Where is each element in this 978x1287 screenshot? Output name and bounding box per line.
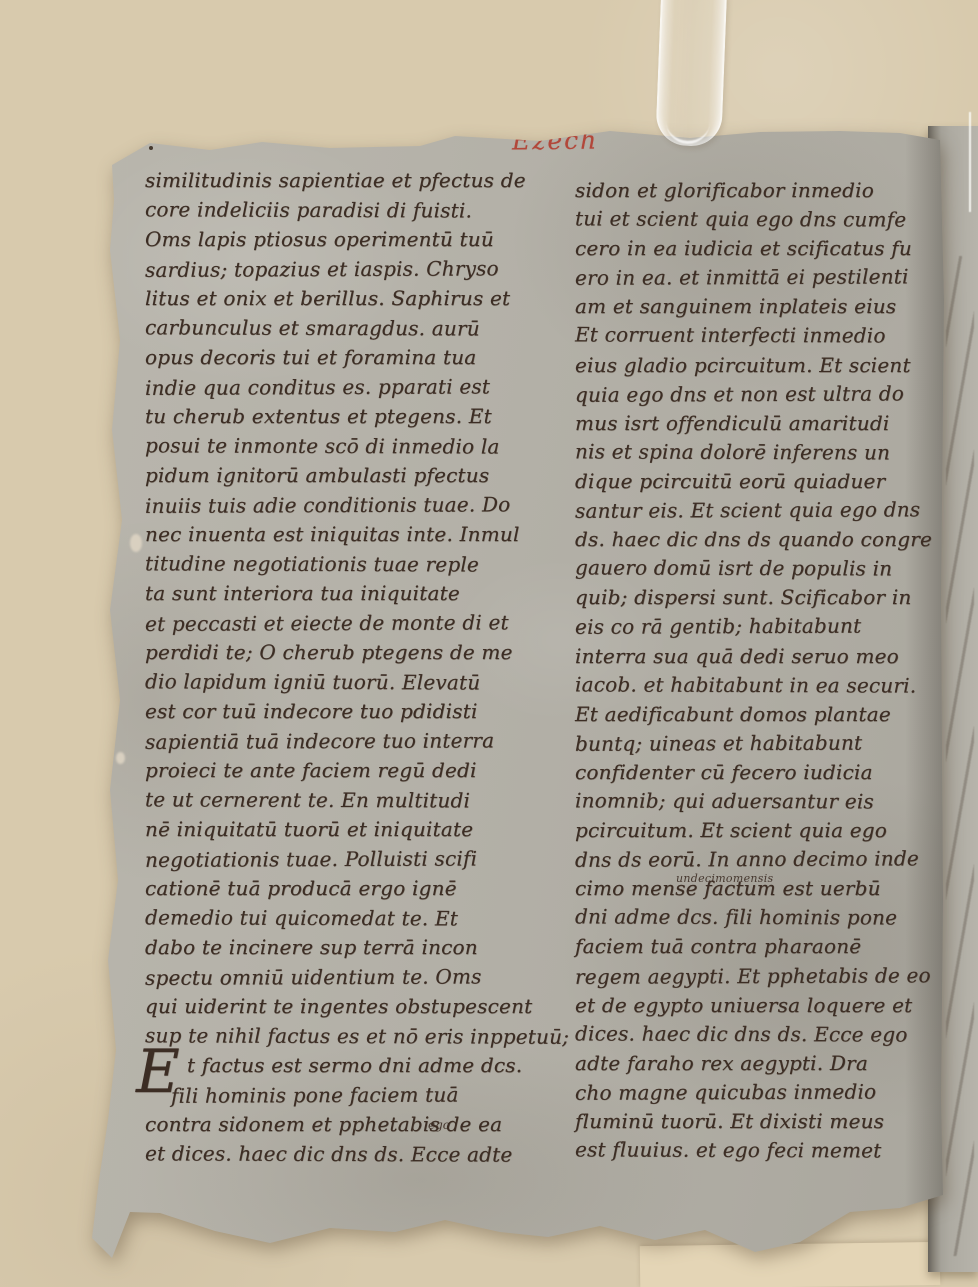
manuscript-line: cero in ea iudicia et scificatus fu [575,234,945,263]
manuscript-line: faciem tuā contra pharaonē [575,932,945,961]
manuscript-line: eis co rā gentib; habitabunt [575,612,945,643]
manuscript-line: indie qua conditus es. pparati est [145,372,545,403]
manuscript-line: Oms lapis ptiosus operimentū tuū [145,225,545,255]
text-column-right: sidon et glorificabor inmediotui et scie… [575,176,945,1165]
interlinear-gloss-ego: ego [428,1118,450,1132]
parchment-leaf: Ezech similitudinis sapientiae et pfectu… [0,0,978,1287]
manuscript-line: posui te inmonte scō di inmedio la [145,431,545,462]
parchment-repair-patch [116,752,125,764]
parchment-repair-patch [130,534,142,552]
manuscript-line: sidon et glorificabor inmedio [575,176,945,205]
manuscript-line: am et sanguinem inplateis eius [575,292,945,321]
manuscript-line: est cor tuū indecore tuo pdidisti [145,697,545,727]
manuscript-line: tui et scient quia ego dns cumfe [575,204,945,234]
manuscript-line: negotiationis tuae. Polluisti scifi [145,844,545,875]
manuscript-line: et dices. haec dic dns ds. Ecce adte [145,1139,545,1170]
manuscript-line: te ut cernerent te. En multitudi [145,785,545,816]
manuscript-line: demedio tui quicomedat te. Et [145,903,545,934]
acrylic-clip [655,0,727,147]
manuscript-line: interra sua quā dedi seruo meo [575,642,945,671]
manuscript-line: dique pcircuitū eorū quiaduer [575,467,945,496]
manuscript-line: et de egypto uniuersa loquere et [575,991,945,1020]
manuscript-line: t factus est sermo dni adme dcs. [145,1051,545,1081]
manuscript-line: cho magne quicubas inmedio [575,1077,945,1108]
manuscript-line: fili hominis pone faciem tuā [145,1080,545,1111]
manuscript-line: proieci te ante faciem regū dedi [145,756,545,786]
manuscript-line: Et aedificabunt domos plantae [575,700,945,729]
manuscript-line: confidenter cū fecero iudicia [575,758,945,787]
manuscript-line: spectu omniū uidentium te. Oms [145,962,545,993]
manuscript-line: dices. haec dic dns ds. Ecce ego [575,1019,945,1049]
manuscript-line: contra sidonem et pphetabis de ea [145,1110,545,1140]
manuscript-line: fluminū tuorū. Et dixisti meus [575,1107,945,1136]
manuscript-page: Ezech similitudinis sapientiae et pfectu… [0,0,978,1287]
manuscript-line: ds. haec dic dns ds quando congre [575,525,945,554]
manuscript-line: inuiis tuis adie conditionis tuae. Do [145,490,545,521]
manuscript-line: litus et onix et berillus. Saphirus et [145,284,545,314]
manuscript-line: mus isrt offendiculū amaritudi [575,409,945,438]
manuscript-line: dabo te incinere sup terrā incon [145,933,545,963]
manuscript-line: pcircuitum. Et scient quia ego [575,816,945,845]
manuscript-line: titudine negotiationis tuae reple [145,549,545,580]
manuscript-line: qui uiderint te ingentes obstupescent [145,992,545,1022]
manuscript-line: est fluuius. et ego feci memet [575,1135,945,1165]
manuscript-photograph: Ezech similitudinis sapientiae et pfectu… [0,0,978,1287]
manuscript-line: nis et spina dolorē inferens un [575,437,945,467]
manuscript-line: ta sunt interiora tua iniquitate [145,579,545,609]
manuscript-line: sardius; topazius et iaspis. Chryso [145,254,545,285]
manuscript-line: nec inuenta est iniquitas inte. Inmul [145,520,545,550]
manuscript-line: inomnib; qui aduersantur eis [575,786,945,816]
manuscript-line: core indeliciis paradisi di fuisti. [145,195,545,226]
ink-speck [149,146,153,150]
manuscript-line: dni adme dcs. fili hominis pone [575,903,945,933]
manuscript-line: adte faraho rex aegypti. Dra [575,1049,945,1078]
interlinear-gloss-undecimo: undecimomensis [676,872,774,885]
manuscript-line: dio lapidum igniū tuorū. Elevatū [145,667,545,698]
manuscript-line: sapientiā tuā indecore tuo interra [145,726,545,757]
manuscript-line: sup te nihil factus es et nō eris inppet… [145,1021,545,1052]
manuscript-line: carbunculus et smaragdus. aurū [145,313,545,344]
manuscript-line: iacob. et habitabunt in ea securi. [575,670,945,700]
running-title: Ezech [512,126,599,156]
manuscript-line: et peccasti et eiecte de monte di et [145,608,545,639]
manuscript-line: quib; dispersi sunt. Scificabor in [575,583,945,612]
manuscript-line: opus decoris tui et foramina tua [145,343,545,373]
manuscript-line: pidum ignitorū ambulasti pfectus [145,461,545,491]
manuscript-line: similitudinis sapientiae et pfectus de [145,166,545,196]
manuscript-line: buntq; uineas et habitabunt [575,728,945,759]
drop-cap-initial: E [136,1042,180,1102]
acrylic-clip-highlight [665,120,710,145]
manuscript-line: tu cherub extentus et ptegens. Et [145,402,545,432]
manuscript-line: Et corruent interfecti inmedio [575,321,945,351]
manuscript-line: ero in ea. et inmittā ei pestilenti [575,262,945,293]
manuscript-line: perdidi te; O cherub ptegens de me [145,638,545,668]
ink-speck [88,626,91,630]
manuscript-line: regem aegypti. Et pphetabis de eo [575,961,945,992]
manuscript-line: gauero domū isrt de populis in [575,554,945,584]
manuscript-line: santur eis. Et scient quia ego dns [575,495,945,526]
manuscript-line: quia ego dns et non est ultra do [575,379,945,410]
manuscript-line: cationē tuā producā ergo ignē [145,874,545,904]
text-column-left: similitudinis sapientiae et pfectus deco… [145,166,545,1169]
manuscript-line: nē iniquitatū tuorū et iniquitate [145,815,545,845]
manuscript-line: dns ds eorū. In anno decimo inde [575,844,945,875]
manuscript-line: eius gladio pcircuitum. Et scient [575,351,945,380]
